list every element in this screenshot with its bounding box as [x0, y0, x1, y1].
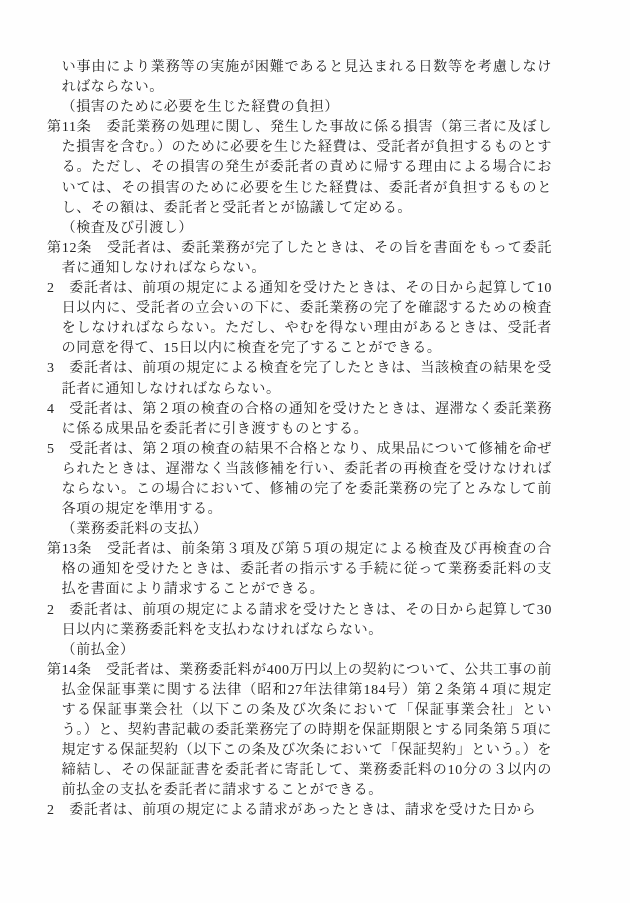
section-heading: （損害のために必要を生じた経費の負担）: [47, 98, 552, 118]
section-heading: （業務委託料の支払）: [47, 520, 552, 540]
document-body: い事由により業務等の実施が困難であると見込まれる日数等を考慮しなければならない。…: [47, 58, 552, 822]
clause-paragraph: 2 委託者は、前項の規定による通知を受けたときは、その日から起算して10日以内に…: [47, 279, 552, 359]
clause-paragraph: 第11条 委託業務の処理に関し、発生した事故に係る損害（第三者に及ぼした損害を含…: [47, 118, 552, 218]
clause-paragraph: 4 受託者は、第２項の検査の合格の通知を受けたときは、遅滞なく委託業務に係る成果…: [47, 400, 552, 440]
clause-paragraph: 第13条 受託者は、前条第３項及び第５項の規定による検査及び再検査の合格の通知を…: [47, 540, 552, 600]
clause-paragraph: 2 委託者は、前項の規定による請求を受けたときは、その日から起算して30日以内に…: [47, 601, 552, 641]
continuation-text: い事由により業務等の実施が困難であると見込まれる日数等を考慮しなければならない。: [47, 58, 552, 98]
document-page: い事由により業務等の実施が困難であると見込まれる日数等を考慮しなければならない。…: [0, 0, 630, 903]
section-heading: （前払金）: [47, 641, 552, 661]
section-heading: （検査及び引渡し）: [47, 219, 552, 239]
clause-paragraph: 3 委託者は、前項の規定による検査を完了したときは、当該検査の結果を受託者に通知…: [47, 359, 552, 399]
clause-paragraph: 第12条 受託者は、委託業務が完了したときは、その旨を書面をもって委託者に通知し…: [47, 239, 552, 279]
clause-paragraph: 第14条 受託者は、業務委託料が400万円以上の契約について、公共工事の前払金保…: [47, 661, 552, 802]
clause-paragraph: 5 受託者は、第２項の検査の結果不合格となり、成果品について修補を命ぜられたとき…: [47, 440, 552, 520]
clause-paragraph: 2 委託者は、前項の規定による請求があったときは、請求を受けた日から: [47, 801, 552, 821]
